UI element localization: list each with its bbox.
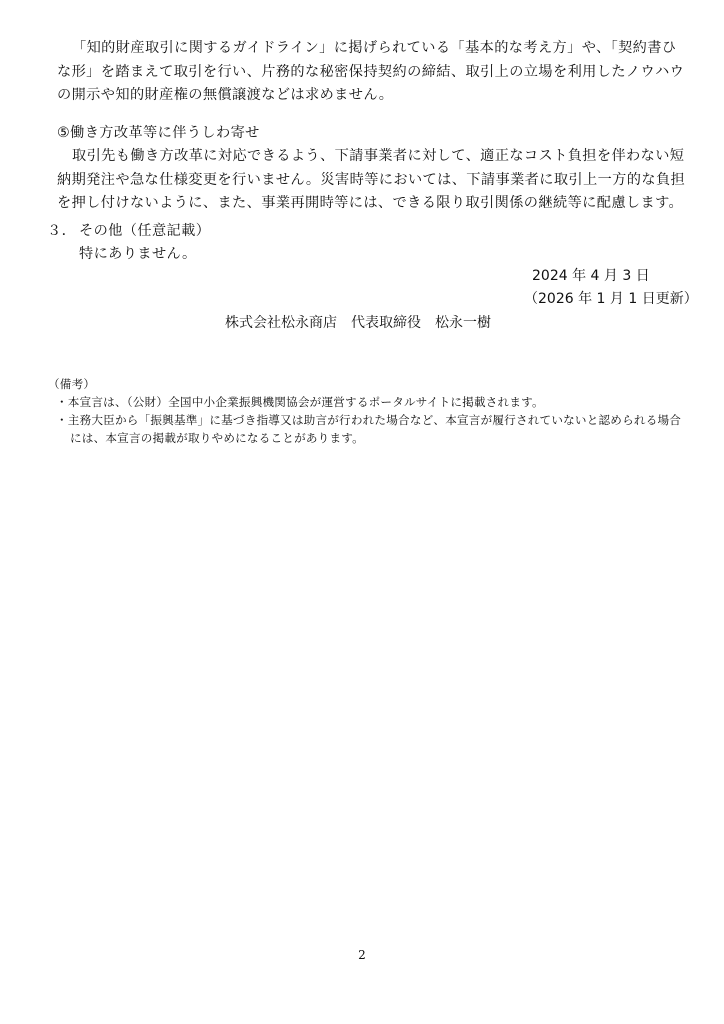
page-number: 2 bbox=[0, 948, 724, 962]
text-line: 「知的財産取引に関するガイドライン」に掲げられている「基本的な考え方」や、「契約… bbox=[57, 37, 672, 61]
text-line: 取引先も働き方改革に対応できるよう、下請事業者に対して、適正なコスト負担を伴わな… bbox=[57, 145, 672, 169]
note-item: ・主務大臣から「振興基準」に基づき指導又は助言が行われた場合など、本宣言が履行さ… bbox=[56, 411, 688, 447]
section-5-heading: ⑤働き方改革等に伴うしわ寄せ bbox=[57, 122, 260, 145]
text-line: の開示や知的財産権の無償譲渡などは求めません。 bbox=[57, 84, 672, 108]
notes-section: （備考） ・本宣言は、（公財）全国中小企業振興機関協会が運営するポータルサイトに… bbox=[48, 375, 688, 447]
section-3-body: 特にありません。 bbox=[79, 243, 197, 266]
document-page: 「知的財産取引に関するガイドライン」に掲げられている「基本的な考え方」や、「契約… bbox=[0, 0, 724, 1024]
section-3-number: ３． bbox=[47, 220, 76, 243]
company-signature: 株式会社松永商店 代表取締役 松永一樹 bbox=[225, 312, 491, 334]
section-3-heading: その他（任意記載） bbox=[79, 220, 210, 243]
declaration-date: 2024 年 4 月 3 日 bbox=[532, 265, 650, 287]
paragraph-ip-guideline: 「知的財産取引に関するガイドライン」に掲げられている「基本的な考え方」や、「契約… bbox=[57, 37, 672, 108]
text-line: 納期発注や急な仕様変更を行いません。災害時等においては、下請事業者に取引上一方的… bbox=[57, 169, 672, 193]
text-line: な形」を踏まえて取引を行い、片務的な秘密保持契約の締結、取引上の立場を利用したノ… bbox=[57, 61, 672, 85]
text-line: を押し付けないように、また、事業再開時等には、できる限り取引関係の継続等に配慮し… bbox=[57, 192, 672, 216]
section-5-body: 取引先も働き方改革に対応できるよう、下請事業者に対して、適正なコスト負担を伴わな… bbox=[57, 145, 672, 216]
note-item: ・本宣言は、（公財）全国中小企業振興機関協会が運営するポータルサイトに掲載されま… bbox=[56, 393, 688, 411]
notes-title: （備考） bbox=[48, 375, 688, 393]
update-date: （2026 年 1 月 1 日更新） bbox=[524, 288, 698, 310]
